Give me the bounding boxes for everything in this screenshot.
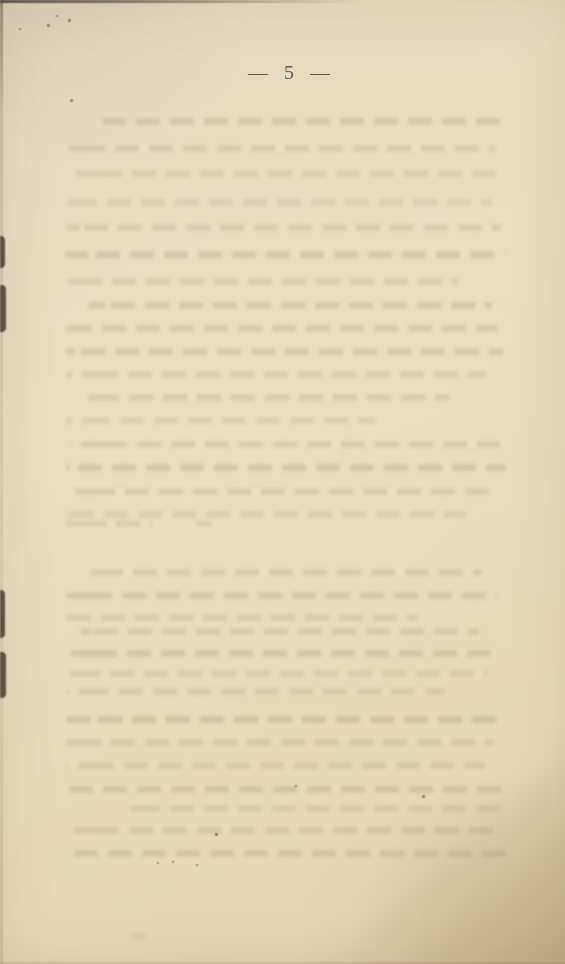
show-through-line	[66, 488, 490, 495]
show-through-line	[66, 739, 494, 746]
show-through-line	[66, 348, 504, 355]
foxing-speck	[70, 99, 73, 102]
foxing-speck	[56, 15, 58, 17]
show-through-line	[72, 170, 502, 177]
show-through-line	[66, 224, 502, 231]
foxing-speck	[68, 19, 71, 22]
show-through-line	[66, 417, 376, 424]
show-through-line	[66, 850, 506, 857]
foxing-speck	[47, 24, 50, 27]
foxing-speck	[215, 833, 218, 836]
show-through-line	[66, 511, 466, 518]
foxing-speck	[157, 862, 159, 864]
show-through-line	[68, 278, 458, 285]
show-through-text-layer	[0, 0, 565, 964]
show-through-line	[102, 118, 500, 125]
show-through-line	[120, 805, 500, 812]
binding-thread-mark	[0, 590, 5, 638]
show-through-line	[65, 251, 505, 258]
foxing-speck	[196, 864, 198, 866]
foxing-speck	[422, 795, 425, 798]
show-through-line	[66, 371, 486, 378]
binding-thread-mark	[0, 652, 6, 698]
foxing-speck	[19, 28, 21, 30]
show-through-line	[66, 650, 496, 657]
show-through-line	[90, 569, 482, 576]
foxing-speck	[172, 861, 174, 863]
show-through-line	[88, 302, 492, 309]
show-through-line	[66, 688, 446, 695]
show-through-line	[68, 145, 496, 152]
show-through-line	[66, 762, 486, 769]
show-through-line	[80, 628, 480, 635]
show-through-line	[196, 520, 212, 527]
show-through-line	[70, 670, 488, 677]
show-through-line	[66, 464, 506, 471]
show-through-line	[66, 716, 506, 723]
show-through-line	[88, 394, 450, 401]
show-through-line	[66, 325, 498, 332]
show-through-line	[68, 199, 492, 206]
show-through-line	[66, 592, 498, 599]
show-through-line	[66, 827, 496, 834]
binding-thread-mark	[0, 236, 5, 268]
show-through-line	[65, 520, 153, 527]
show-through-line	[66, 614, 418, 621]
binding-thread-mark	[0, 285, 6, 332]
show-through-line	[130, 933, 146, 940]
scanned-book-page: — 5 —	[0, 0, 565, 964]
show-through-line	[70, 441, 500, 448]
foxing-speck	[295, 785, 297, 787]
show-through-line	[66, 786, 504, 793]
